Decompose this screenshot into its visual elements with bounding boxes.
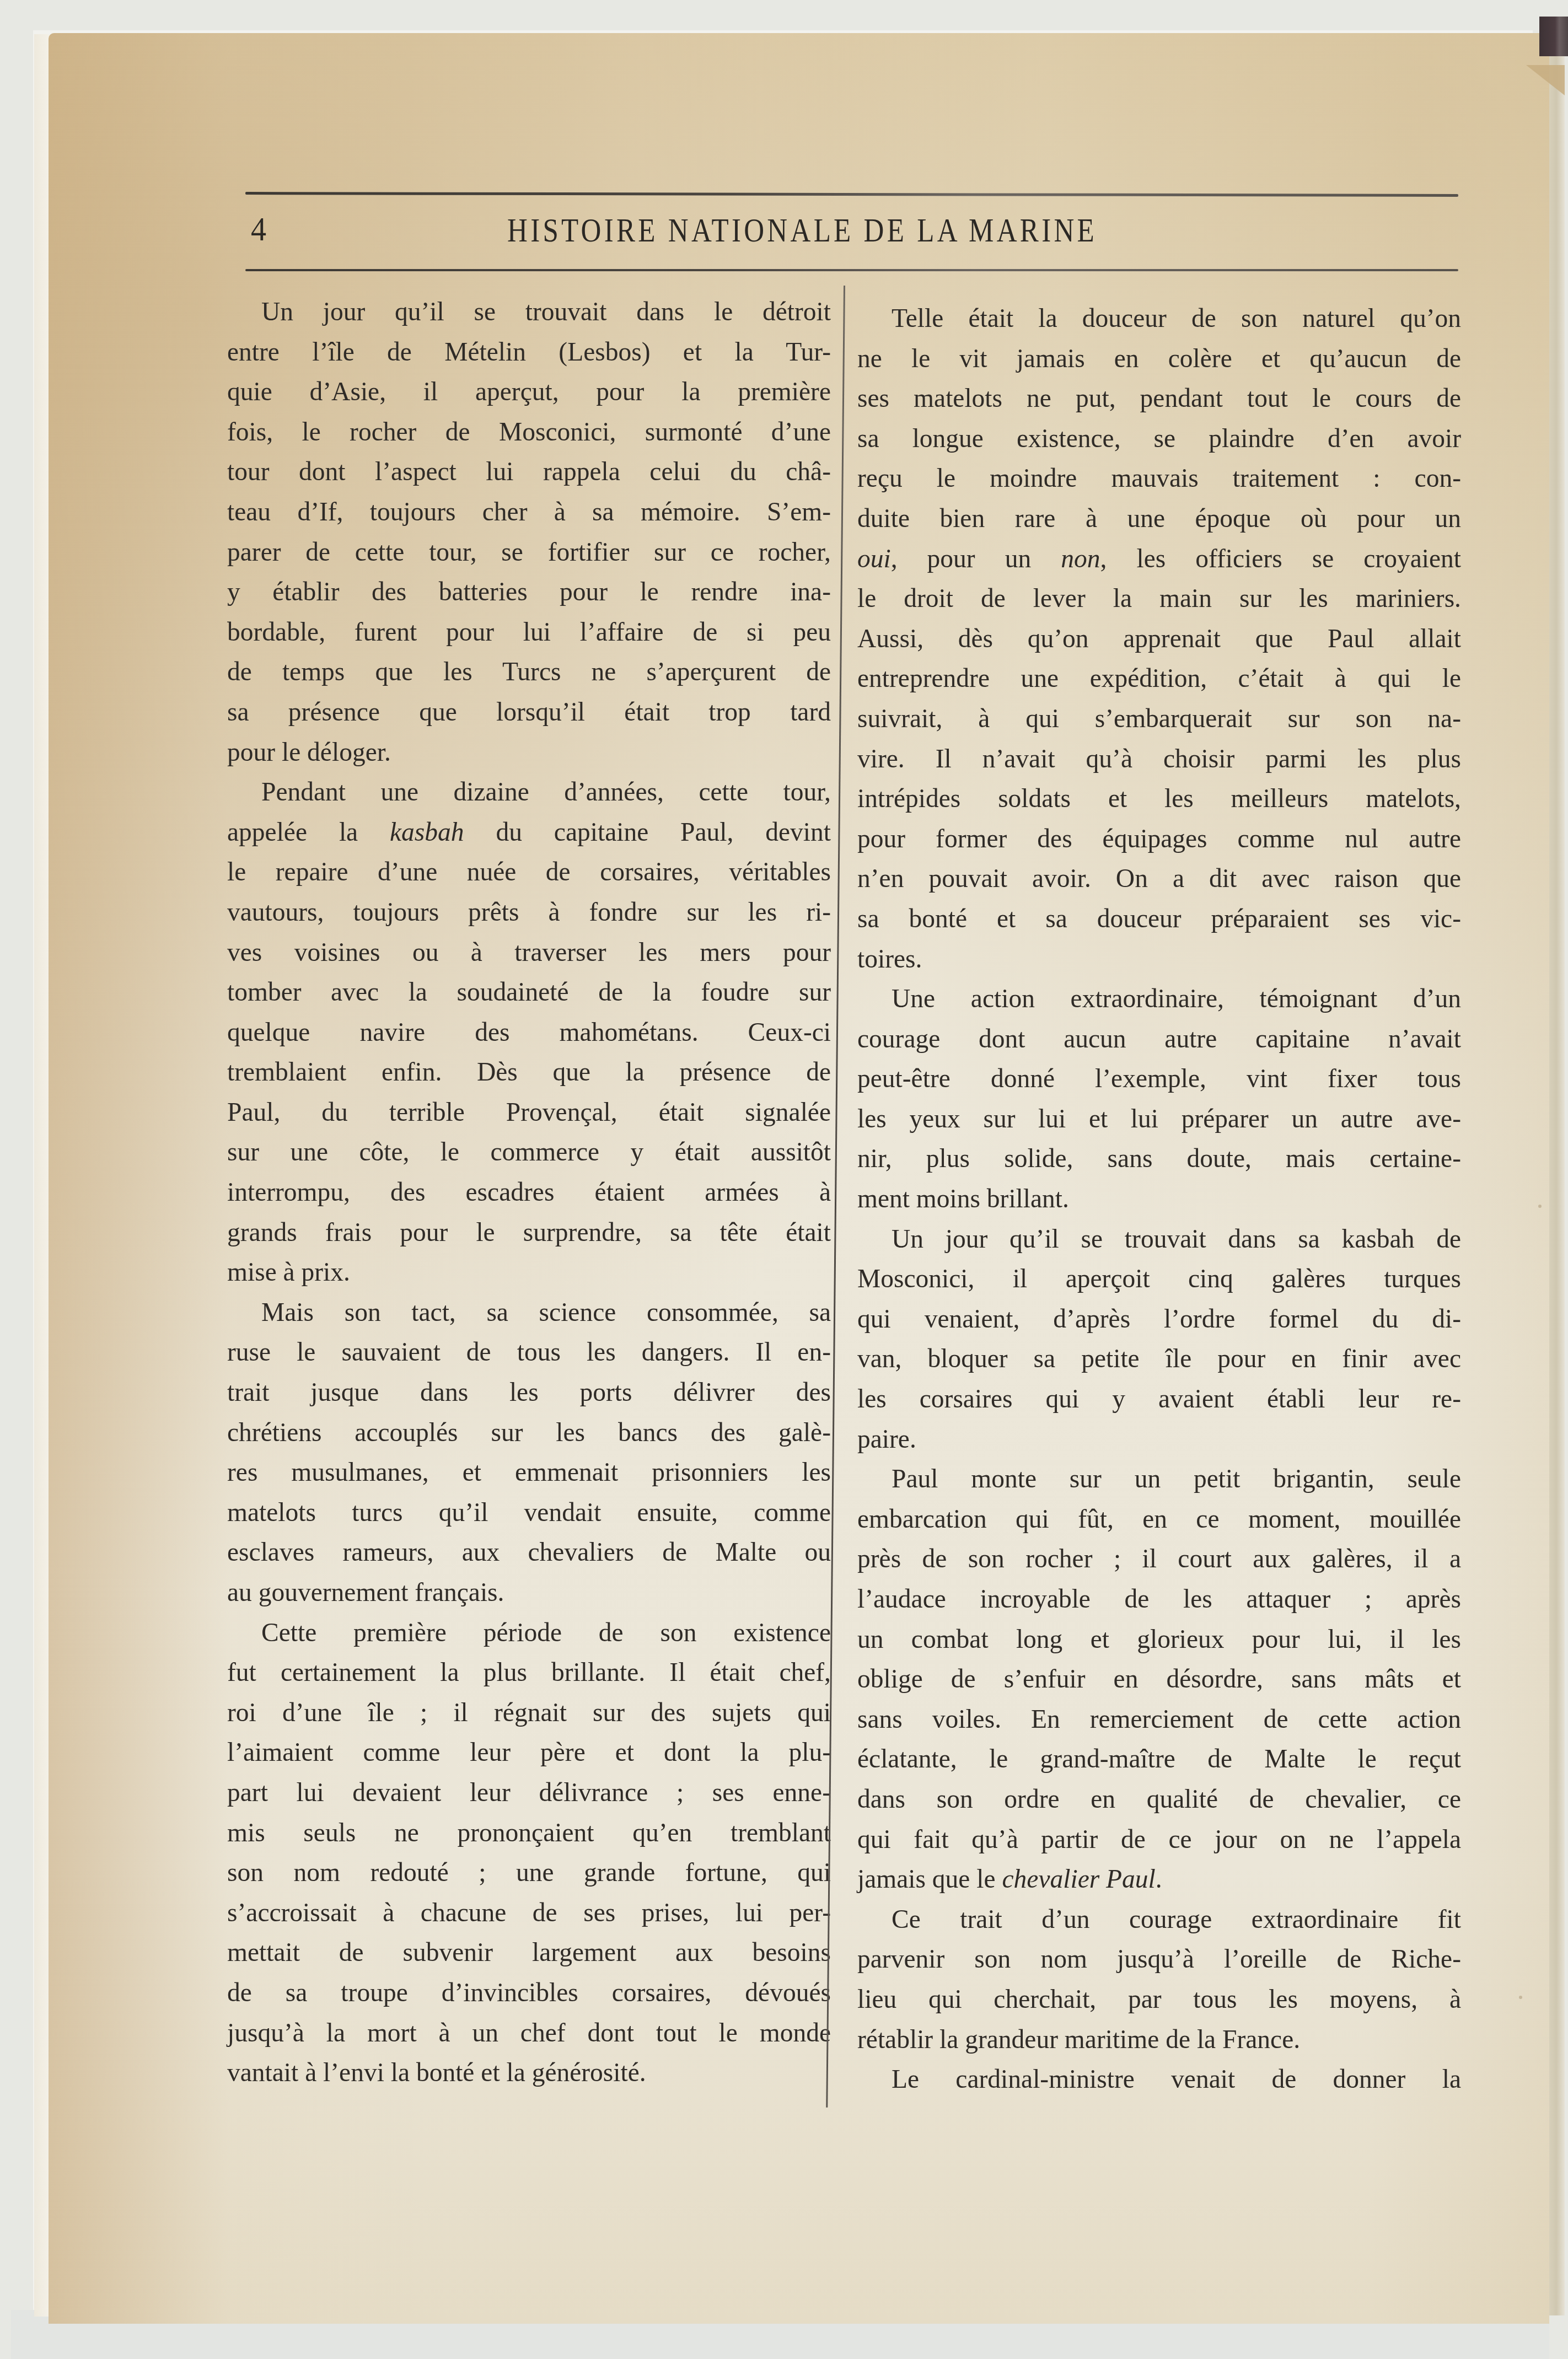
text-run: qui venaient, d’après l’ordre formel du … xyxy=(857,1305,1461,1334)
running-head: 4 HISTOIRE NATIONALE DE LA MARINE xyxy=(245,211,1458,255)
text-line: embarcation qui fût, en ce moment, mouil… xyxy=(857,1500,1461,1540)
text-run: sa bonté et sa douceur préparaient ses v… xyxy=(857,905,1461,933)
text-run: au gouvernement français. xyxy=(227,1578,504,1607)
text-line: sans voiles. En remerciement de cette ac… xyxy=(857,1700,1461,1740)
text-run: Pendant une dizaine d’années, cette tour… xyxy=(261,778,831,807)
text-line: peut-être donné l’exemple, vint fixer to… xyxy=(857,1059,1461,1099)
text-run: intrépides soldats et les meilleurs mate… xyxy=(857,784,1461,813)
text-line: Cette première période de son existence xyxy=(227,1613,831,1653)
text-line: Telle était la douceur de son naturel qu… xyxy=(857,299,1461,339)
text-line: qui fait qu’à partir de ce jour on ne l’… xyxy=(857,1820,1461,1860)
text-line: Ce trait d’un courage extraordinaire fit xyxy=(857,1900,1461,1940)
text-line: jusqu’à la mort à un chef dont tout le m… xyxy=(227,2013,831,2054)
text-run: quelque navire des mahométans. Ceux-ci xyxy=(227,1018,831,1047)
text-run: sans voiles. En remerciement de cette ac… xyxy=(857,1705,1461,1734)
text-run: Mais son tact, sa science consommée, sa xyxy=(261,1298,831,1327)
text-run: fois, le rocher de Mosconici, surmonté d… xyxy=(227,418,831,447)
text-run: parer de cette tour, se fortifier sur ce… xyxy=(227,538,831,567)
text-run: vantait à l’envi la bonté et la générosi… xyxy=(227,2059,646,2087)
text-line: tremblaient enfin. Dès que la présence d… xyxy=(227,1052,831,1093)
text-line: Un jour qu’il se trouvait dans sa kasbah… xyxy=(857,1219,1461,1260)
text-run: tomber avec la soudaineté de la foudre s… xyxy=(227,978,831,1007)
text-run: appelée la xyxy=(227,818,390,847)
italic-term: non xyxy=(1061,545,1100,573)
text-line: appelée la kasbah du capitaine Paul, dev… xyxy=(227,813,831,853)
paper-speck xyxy=(1538,1205,1542,1208)
text-line: ses matelots ne put, pendant tout le cou… xyxy=(857,379,1461,419)
text-line: jamais que le chevalier Paul. xyxy=(857,1860,1461,1900)
text-line: mis seuls ne prononçaient qu’en tremblan… xyxy=(227,1813,831,1853)
text-run: reçu le moindre mauvais traitement : con… xyxy=(857,464,1461,493)
text-run: vire. Il n’avait qu’à choisir parmi les … xyxy=(857,745,1461,773)
text-line: tomber avec la soudaineté de la foudre s… xyxy=(227,972,831,1013)
text-line: qui venaient, d’après l’ordre formel du … xyxy=(857,1299,1461,1340)
text-line: matelots turcs qu’il vendait ensuite, co… xyxy=(227,1493,831,1533)
text-line: au gouvernement français. xyxy=(227,1573,831,1613)
text-line: y établir des batteries pour le rendre i… xyxy=(227,572,831,612)
italic-term: oui xyxy=(857,545,891,573)
text-line: vantait à l’envi la bonté et la générosi… xyxy=(227,2053,831,2093)
text-run: jusqu’à la mort à un chef dont tout le m… xyxy=(227,2019,831,2048)
text-run: tremblaient enfin. Dès que la présence d… xyxy=(227,1058,831,1087)
text-line: res musulmanes, et emmenait prisonniers … xyxy=(227,1453,831,1493)
text-line: Pendant une dizaine d’années, cette tour… xyxy=(227,772,831,813)
text-run: sa présence que lorsqu’il était trop tar… xyxy=(227,698,831,727)
text-line: quie d’Asie, il aperçut, pour la premièr… xyxy=(227,372,831,412)
italic-term: kasbah xyxy=(390,818,464,847)
text-line: esclaves rameurs, aux chevaliers de Malt… xyxy=(227,1533,831,1573)
text-run: grands frais pour le surprendre, sa tête… xyxy=(227,1218,831,1247)
text-run: van, bloquer sa petite île pour en finir… xyxy=(857,1345,1461,1373)
text-run: sa longue existence, se plaindre d’en av… xyxy=(857,424,1461,453)
text-line: Aussi, dès qu’on apprenait que Paul alla… xyxy=(857,619,1461,659)
text-run: paire. xyxy=(857,1425,916,1454)
text-run: entreprendre une expédition, c’était à q… xyxy=(857,664,1461,693)
text-run: n’en pouvait avoir. On a dit avec raison… xyxy=(857,864,1461,893)
text-run: ruse le sauvaient de tous les dangers. I… xyxy=(227,1338,831,1367)
text-run: son nom redouté ; une grande fortune, qu… xyxy=(227,1858,831,1887)
text-run: ves voisines ou à traverser les mers pou… xyxy=(227,938,831,967)
text-line: courage dont aucun autre capitaine n’ava… xyxy=(857,1019,1461,1060)
text-run: Le cardinal-ministre venait de donner la xyxy=(892,2065,1461,2094)
text-run: y établir des batteries pour le rendre i… xyxy=(227,578,831,606)
text-line: parer de cette tour, se fortifier sur ce… xyxy=(227,533,831,573)
text-run: sur une côte, le commerce y était aussit… xyxy=(227,1138,831,1167)
text-run: courage dont aucun autre capitaine n’ava… xyxy=(857,1025,1461,1054)
text-line: trait jusque dans les ports délivrer des xyxy=(227,1373,831,1413)
text-line: près de son rocher ; il court aux galère… xyxy=(857,1539,1461,1579)
text-run: mettait de subvenir largement aux besoin… xyxy=(227,1938,831,1967)
text-run: de temps que les Turcs ne s’aperçurent d… xyxy=(227,658,831,686)
text-run: l’aimaient comme leur père et dont la pl… xyxy=(227,1738,831,1767)
text-line: Paul monte sur un petit brigantin, seule xyxy=(857,1459,1461,1500)
text-run: res musulmanes, et emmenait prisonniers … xyxy=(227,1458,831,1487)
page-corner-fold xyxy=(1526,65,1565,95)
text-run: vautours, toujours prêts à fondre sur le… xyxy=(227,898,831,927)
text-run: embarcation qui fût, en ce moment, mouil… xyxy=(857,1505,1461,1534)
text-line: de temps que les Turcs ne s’aperçurent d… xyxy=(227,652,831,692)
text-line: part lui devaient leur délivrance ; ses … xyxy=(227,1773,831,1813)
text-line: oblige de s’enfuir en désordre, sans mât… xyxy=(857,1659,1461,1700)
text-run: peut-être donné l’exemple, vint fixer to… xyxy=(857,1065,1461,1093)
text-line: interrompu, des escadres étaient armées … xyxy=(227,1173,831,1213)
text-run: Cette première période de son existence xyxy=(261,1619,831,1647)
text-line: ne le vit jamais en colère et qu’aucun d… xyxy=(857,339,1461,379)
text-run: pour le déloger. xyxy=(227,738,391,767)
text-line: lieu qui cherchait, par tous les moyens,… xyxy=(857,1980,1461,2020)
text-line: un combat long et glorieux pour lui, il … xyxy=(857,1620,1461,1660)
text-run: un combat long et glorieux pour lui, il … xyxy=(857,1625,1461,1654)
text-run: , pour un xyxy=(891,545,1061,573)
text-run: Paul monte sur un petit brigantin, seule xyxy=(892,1465,1461,1493)
text-line: rétablir la grandeur maritime de la Fran… xyxy=(857,2020,1461,2060)
text-run: de sa troupe d’invincibles corsaires, dé… xyxy=(227,1979,831,2007)
book-spine-edge xyxy=(1548,55,1565,2315)
italic-term: chevalier Paul xyxy=(1002,1865,1155,1894)
text-run: s’accroissait à chacune de ses prises, l… xyxy=(227,1899,831,1927)
text-line: sa bonté et sa douceur préparaient ses v… xyxy=(857,899,1461,939)
text-run: oblige de s’enfuir en désordre, sans mât… xyxy=(857,1665,1461,1694)
text-run: Telle était la douceur de son naturel qu… xyxy=(892,304,1461,333)
text-line: dans son ordre en qualité de chevalier, … xyxy=(857,1780,1461,1820)
text-run: du capitaine Paul, devint xyxy=(464,818,831,847)
text-run: lieu qui cherchait, par tous les moyens,… xyxy=(857,1985,1461,2014)
text-line: oui, pour un non, les officiers se croya… xyxy=(857,539,1461,579)
text-run: quie d’Asie, il aperçut, pour la premièr… xyxy=(227,378,831,406)
text-run: Une action extraordinaire, témoignant d’… xyxy=(892,985,1461,1013)
text-line: tour dont l’aspect lui rappela celui du … xyxy=(227,452,831,492)
text-line: les corsaires qui y avaient établi leur … xyxy=(857,1379,1461,1420)
text-run: nir, plus solide, sans doute, mais certa… xyxy=(857,1144,1461,1173)
text-line: éclatante, le grand-maître de Malte le r… xyxy=(857,1739,1461,1780)
text-run: Mosconici, il aperçoit cinq galères turq… xyxy=(857,1265,1461,1293)
text-line: ment moins brillant. xyxy=(857,1179,1461,1219)
text-run: part lui devaient leur délivrance ; ses … xyxy=(227,1778,831,1807)
text-line: le repaire d’une nuée de corsaires, véri… xyxy=(227,852,831,893)
text-line: ves voisines ou à traverser les mers pou… xyxy=(227,933,831,973)
left-text-column: Un jour qu’il se trouvait dans le détroi… xyxy=(227,292,831,2093)
text-line: entre l’île de Mételin (Lesbos) et la Tu… xyxy=(227,332,831,373)
text-run: Un jour qu’il se trouvait dans sa kasbah… xyxy=(892,1225,1461,1254)
text-run: jamais que le xyxy=(857,1865,1002,1894)
text-line: fois, le rocher de Mosconici, surmonté d… xyxy=(227,412,831,453)
text-line: sur une côte, le commerce y était aussit… xyxy=(227,1132,831,1173)
text-line: teau d’If, toujours cher à sa mémoire. S… xyxy=(227,492,831,533)
text-run: , les officiers se croyaient xyxy=(1100,545,1461,573)
text-line: parvenir son nom jusqu’à l’oreille de Ri… xyxy=(857,1939,1461,1980)
text-line: s’accroissait à chacune de ses prises, l… xyxy=(227,1893,831,1933)
text-run: le repaire d’une nuée de corsaires, véri… xyxy=(227,858,831,886)
text-run: mis seuls ne prononçaient qu’en tremblan… xyxy=(227,1819,831,1847)
book-spine-strip xyxy=(1539,17,1568,56)
text-line: l’audace incroyable de les attaquer ; ap… xyxy=(857,1579,1461,1620)
text-line: grands frais pour le surprendre, sa tête… xyxy=(227,1213,831,1253)
text-run: dans son ordre en qualité de chevalier, … xyxy=(857,1785,1461,1814)
text-run: chrétiens accouplés sur les bancs des ga… xyxy=(227,1418,831,1447)
text-run: près de son rocher ; il court aux galère… xyxy=(857,1545,1461,1573)
text-run: qui fait qu’à partir de ce jour on ne l’… xyxy=(857,1825,1461,1854)
text-run: teau d’If, toujours cher à sa mémoire. S… xyxy=(227,498,831,526)
text-line: bordable, furent pour lui l’affaire de s… xyxy=(227,612,831,653)
text-line: roi d’une île ; il régnait sur des sujet… xyxy=(227,1693,831,1733)
text-run: le droit de lever la main sur les marini… xyxy=(857,584,1461,613)
right-text-column: Telle était la douceur de son naturel qu… xyxy=(857,299,1461,2100)
text-line: van, bloquer sa petite île pour en finir… xyxy=(857,1339,1461,1379)
text-run: fut certainement la plus brillante. Il é… xyxy=(227,1658,831,1687)
text-run: . xyxy=(1156,1865,1162,1894)
text-run: toires. xyxy=(857,945,922,974)
text-line: les yeux sur lui et lui préparer un autr… xyxy=(857,1099,1461,1140)
text-line: duite bien rare à une époque où pour un xyxy=(857,499,1461,539)
text-line: Paul, du terrible Provençal, était signa… xyxy=(227,1093,831,1133)
text-run: interrompu, des escadres étaient armées … xyxy=(227,1178,831,1207)
text-line: vautours, toujours prêts à fondre sur le… xyxy=(227,893,831,933)
text-line: Mais son tact, sa science consommée, sa xyxy=(227,1293,831,1333)
text-run: trait jusque dans les ports délivrer des xyxy=(227,1378,831,1407)
text-run: les yeux sur lui et lui préparer un autr… xyxy=(857,1105,1461,1133)
text-run: ment moins brillant. xyxy=(857,1185,1069,1213)
text-line: vire. Il n’avait qu’à choisir parmi les … xyxy=(857,739,1461,780)
text-run: matelots turcs qu’il vendait ensuite, co… xyxy=(227,1498,831,1527)
text-run: ses matelots ne put, pendant tout le cou… xyxy=(857,384,1461,413)
text-run: tour dont l’aspect lui rappela celui du … xyxy=(227,458,831,486)
text-line: paire. xyxy=(857,1420,1461,1460)
text-line: suivrait, à qui s’embarquerait sur son n… xyxy=(857,699,1461,739)
text-line: intrépides soldats et les meilleurs mate… xyxy=(857,779,1461,819)
text-line: ruse le sauvaient de tous les dangers. I… xyxy=(227,1332,831,1373)
text-line: son nom redouté ; une grande fortune, qu… xyxy=(227,1853,831,1893)
text-run: pour former des équipages comme nul autr… xyxy=(857,825,1461,853)
text-line: Un jour qu’il se trouvait dans le détroi… xyxy=(227,292,831,332)
text-run: les corsaires qui y avaient établi leur … xyxy=(857,1385,1461,1414)
text-line: de sa troupe d’invincibles corsaires, dé… xyxy=(227,1973,831,2013)
text-run: Paul, du terrible Provençal, était signa… xyxy=(227,1098,831,1127)
text-line: sa présence que lorsqu’il était trop tar… xyxy=(227,692,831,733)
text-line: Une action extraordinaire, témoignant d’… xyxy=(857,979,1461,1019)
text-line: n’en pouvait avoir. On a dit avec raison… xyxy=(857,859,1461,899)
header-rule-bottom xyxy=(245,269,1458,271)
text-line: quelque navire des mahométans. Ceux-ci xyxy=(227,1013,831,1053)
text-run: esclaves rameurs, aux chevaliers de Malt… xyxy=(227,1538,831,1567)
text-run: Aussi, dès qu’on apprenait que Paul alla… xyxy=(857,625,1461,653)
text-run: éclatante, le grand-maître de Malte le r… xyxy=(857,1745,1461,1774)
text-line: sa longue existence, se plaindre d’en av… xyxy=(857,419,1461,459)
paper-speck xyxy=(1519,1996,1522,1999)
text-run: suivrait, à qui s’embarquerait sur son n… xyxy=(857,705,1461,733)
text-run: parvenir son nom jusqu’à l’oreille de Ri… xyxy=(857,1945,1461,1974)
text-run: rétablir la grandeur maritime de la Fran… xyxy=(857,2025,1300,2054)
text-line: mise à prix. xyxy=(227,1253,831,1293)
text-line: chrétiens accouplés sur les bancs des ga… xyxy=(227,1413,831,1453)
text-run: l’audace incroyable de les attaquer ; ap… xyxy=(857,1585,1461,1614)
text-line: Mosconici, il aperçoit cinq galères turq… xyxy=(857,1259,1461,1299)
text-line: fut certainement la plus brillante. Il é… xyxy=(227,1653,831,1693)
text-line: pour le déloger. xyxy=(227,733,831,773)
running-title: HISTOIRE NATIONALE DE LA MARINE xyxy=(507,211,1097,249)
text-run: ne le vit jamais en colère et qu’aucun d… xyxy=(857,345,1461,373)
text-line: Le cardinal-ministre venait de donner la xyxy=(857,2060,1461,2100)
text-line: pour former des équipages comme nul autr… xyxy=(857,819,1461,859)
text-run: mise à prix. xyxy=(227,1258,350,1287)
text-line: reçu le moindre mauvais traitement : con… xyxy=(857,459,1461,499)
text-line: toires. xyxy=(857,939,1461,980)
page-number: 4 xyxy=(251,210,266,249)
text-line: le droit de lever la main sur les marini… xyxy=(857,579,1461,619)
text-run: roi d’une île ; il régnait sur des sujet… xyxy=(227,1699,831,1727)
text-run: bordable, furent pour lui l’affaire de s… xyxy=(227,618,831,647)
text-line: nir, plus solide, sans doute, mais certa… xyxy=(857,1139,1461,1179)
text-run: Un jour qu’il se trouvait dans le détroi… xyxy=(261,298,831,326)
text-line: entreprendre une expédition, c’était à q… xyxy=(857,659,1461,699)
text-line: mettait de subvenir largement aux besoin… xyxy=(227,1933,831,1973)
text-run: entre l’île de Mételin (Lesbos) et la Tu… xyxy=(227,338,831,367)
text-line: l’aimaient comme leur père et dont la pl… xyxy=(227,1733,831,1773)
page-underlay-edge xyxy=(34,34,50,2317)
text-run: duite bien rare à une époque où pour un xyxy=(857,504,1461,533)
text-run: Ce trait d’un courage extraordinaire fit xyxy=(892,1905,1461,1934)
